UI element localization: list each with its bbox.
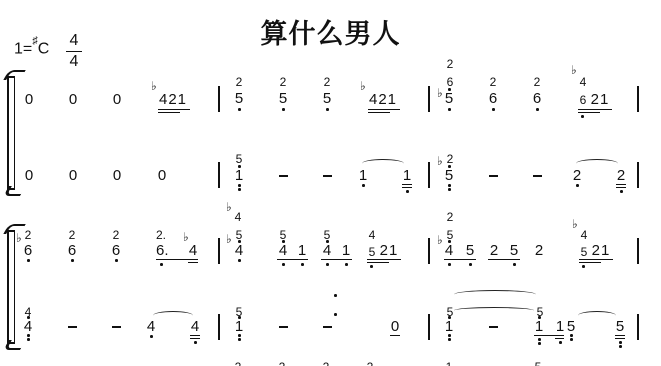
note: 1	[296, 243, 308, 258]
underline	[402, 187, 412, 188]
low-octave-dot	[27, 259, 30, 262]
low-octave-dot	[326, 108, 329, 111]
low-octave-dot	[27, 338, 30, 341]
sustain-dash	[323, 175, 332, 177]
barline	[637, 86, 639, 112]
underline	[367, 262, 389, 263]
low-octave-dot	[238, 188, 241, 191]
chord-note: 5	[532, 361, 544, 366]
underline	[156, 259, 198, 260]
chord-note: 2	[531, 76, 543, 88]
sustain-dash	[323, 326, 332, 328]
note: 2	[533, 243, 545, 258]
tie	[578, 311, 616, 320]
underline	[534, 335, 564, 336]
time-signature: 4 4	[66, 32, 82, 71]
note-group: 21	[588, 92, 612, 107]
sustain-dash	[279, 175, 288, 177]
underline	[190, 338, 200, 339]
key-name: C	[38, 40, 50, 57]
chord-note: 1	[443, 361, 455, 366]
low-octave-dot	[513, 263, 516, 266]
note: 5	[443, 91, 455, 106]
barline	[428, 162, 430, 188]
staccato-dot	[334, 313, 337, 316]
tie	[153, 311, 193, 320]
barline	[218, 238, 220, 264]
underline	[615, 335, 625, 336]
low-octave-dot	[282, 108, 285, 111]
barline	[218, 314, 220, 340]
note-rest: 0	[389, 319, 401, 334]
sharp-icon: ♯	[32, 35, 38, 47]
underline	[390, 335, 400, 336]
underline	[615, 338, 625, 339]
chord-note: 5	[233, 153, 245, 165]
flat-icon: ♭	[437, 234, 443, 246]
system-bracket	[7, 76, 15, 190]
tie	[362, 159, 404, 168]
chord-note: 4	[366, 229, 378, 241]
low-octave-dot	[559, 341, 562, 344]
song-title: 算什么男人	[0, 12, 661, 51]
low-octave-dot	[115, 259, 118, 262]
note: 6	[110, 243, 122, 258]
low-octave-dot	[238, 259, 241, 262]
low-octave-dot	[448, 263, 451, 266]
low-octave-dot	[370, 265, 373, 268]
low-octave-dot	[150, 335, 153, 338]
chord-note: 2	[444, 211, 456, 223]
low-octave-dot	[570, 338, 573, 341]
key-signature: 1=♯C	[14, 38, 49, 58]
chord-note: 2	[110, 229, 122, 241]
chord-note: 2	[277, 76, 289, 88]
note: 4	[321, 243, 333, 258]
note: 2	[488, 243, 500, 258]
underline	[579, 262, 601, 263]
low-octave-dot	[448, 184, 451, 187]
chord-note: 2	[233, 76, 245, 88]
underline	[578, 109, 612, 110]
low-octave-dot	[71, 259, 74, 262]
low-octave-dot	[492, 108, 495, 111]
note-group: 21	[377, 243, 401, 258]
low-octave-dot	[448, 188, 451, 191]
chord-note: 2	[22, 229, 34, 241]
note: 6	[22, 243, 34, 258]
note: 5	[464, 243, 476, 258]
low-octave-dot	[448, 338, 451, 341]
underline	[444, 259, 476, 260]
sustain-dash	[533, 175, 542, 177]
note-rest: 0	[23, 92, 35, 107]
underline	[616, 187, 626, 188]
sustain-dash	[68, 326, 77, 328]
note: 1	[357, 168, 369, 183]
chord-note: 2.	[156, 229, 176, 241]
low-octave-dot	[576, 184, 579, 187]
staccato-dot	[334, 294, 337, 297]
barline	[218, 162, 220, 188]
underline	[188, 262, 198, 263]
low-octave-dot	[570, 334, 573, 337]
note: 5	[443, 168, 455, 183]
note: 1	[401, 168, 413, 183]
underline	[368, 109, 400, 110]
key-prefix: 1=	[14, 40, 32, 57]
note: 1	[443, 319, 455, 334]
note: 6	[66, 243, 78, 258]
time-divider	[66, 51, 82, 52]
underline	[367, 259, 401, 260]
flat-icon: ♭	[226, 201, 232, 213]
underline	[578, 112, 600, 113]
barline	[428, 238, 430, 264]
note: 4	[277, 243, 289, 258]
note-group: 21	[589, 243, 613, 258]
chord-note: 2	[444, 153, 456, 165]
low-octave-dot	[282, 263, 285, 266]
underline	[488, 259, 520, 260]
flat-icon: ♭	[16, 232, 22, 244]
chord-note: 2	[487, 76, 499, 88]
tie	[576, 159, 618, 168]
note: 1	[233, 319, 245, 334]
underline	[277, 259, 308, 260]
sustain-dash	[489, 175, 498, 177]
chord-note: 4	[577, 76, 589, 88]
tie	[454, 307, 534, 314]
barline	[637, 238, 639, 264]
flat-icon: ♭	[571, 64, 577, 76]
low-octave-dot	[620, 190, 623, 193]
low-octave-dot	[362, 184, 365, 187]
note: 4	[22, 319, 34, 334]
low-octave-dot	[536, 108, 539, 111]
barline	[218, 86, 220, 112]
note: 1	[233, 168, 245, 183]
note: 4	[145, 319, 157, 334]
chord-note: 2	[66, 229, 78, 241]
low-octave-dot	[619, 345, 622, 348]
note: 5	[321, 91, 333, 106]
note: 5	[565, 319, 577, 334]
flat-icon: ♭	[226, 233, 232, 245]
note-rest: 0	[111, 92, 123, 107]
barline	[428, 86, 430, 112]
barline	[428, 314, 430, 340]
underline	[158, 112, 180, 113]
note-rest: 0	[67, 92, 79, 107]
note: 6.	[156, 243, 176, 258]
chord-note: 4	[578, 229, 590, 241]
underline	[402, 184, 412, 185]
note: 4	[189, 319, 201, 334]
underline	[321, 259, 352, 260]
note: 4	[233, 243, 245, 258]
note-rest: 0	[156, 168, 168, 183]
low-octave-dot	[538, 338, 541, 341]
flat-icon: ♭	[437, 155, 443, 167]
barline	[637, 162, 639, 188]
low-octave-dot	[301, 263, 304, 266]
note: 5	[233, 91, 245, 106]
chord-note: 2	[276, 361, 288, 366]
underline	[579, 259, 613, 260]
note: 1	[340, 243, 352, 258]
low-octave-dot	[345, 263, 348, 266]
note: 5	[508, 243, 520, 258]
barline	[637, 314, 639, 340]
note: 5	[614, 319, 626, 334]
time-denominator: 4	[66, 53, 82, 71]
low-octave-dot	[538, 342, 541, 345]
time-numerator: 4	[66, 32, 82, 50]
flat-icon: ♭	[437, 87, 443, 99]
note-rest: 0	[23, 168, 35, 183]
low-octave-dot	[326, 263, 329, 266]
flat-icon: ♭	[151, 80, 157, 92]
flat-icon: ♭	[572, 218, 578, 230]
underline	[616, 184, 626, 185]
low-octave-dot	[448, 108, 451, 111]
low-octave-dot	[238, 334, 241, 337]
note: 1	[533, 319, 545, 334]
sustain-dash	[489, 326, 498, 328]
underline	[158, 109, 190, 110]
note-rest: 0	[111, 168, 123, 183]
note: 2	[615, 168, 627, 183]
low-octave-dot	[238, 108, 241, 111]
system-bracket	[7, 230, 15, 344]
sustain-dash	[112, 326, 121, 328]
underline	[368, 112, 390, 113]
low-octave-dot	[160, 263, 163, 266]
sustain-dash	[279, 326, 288, 328]
low-octave-dot	[27, 334, 30, 337]
chord-note: 2	[444, 58, 456, 70]
chord-note: 4	[232, 211, 244, 223]
note: 6	[531, 91, 543, 106]
note: 4	[187, 243, 199, 258]
flat-icon: ♭	[183, 231, 189, 243]
note: 4	[443, 243, 455, 258]
low-octave-dot	[581, 115, 584, 118]
note-rest: 0	[67, 168, 79, 183]
chord-note: 6	[444, 76, 456, 88]
low-octave-dot	[238, 184, 241, 187]
note-group: 421	[157, 92, 189, 107]
low-octave-dot	[469, 263, 472, 266]
low-octave-dot	[238, 338, 241, 341]
low-octave-dot	[582, 265, 585, 268]
note: 2	[571, 168, 583, 183]
chord-note: 2	[321, 76, 333, 88]
note: 6	[487, 91, 499, 106]
note-group: 421	[367, 92, 399, 107]
note: 5	[277, 91, 289, 106]
low-octave-dot	[448, 334, 451, 337]
chord-note: 2	[320, 361, 332, 366]
low-octave-dot	[406, 190, 409, 193]
chord-note: 2	[364, 361, 376, 366]
chord-note: 2	[232, 361, 244, 366]
tie	[454, 290, 536, 299]
flat-icon: ♭	[360, 80, 366, 92]
underline	[190, 335, 200, 336]
low-octave-dot	[619, 341, 622, 344]
low-octave-dot	[194, 341, 197, 344]
underline	[555, 338, 564, 339]
